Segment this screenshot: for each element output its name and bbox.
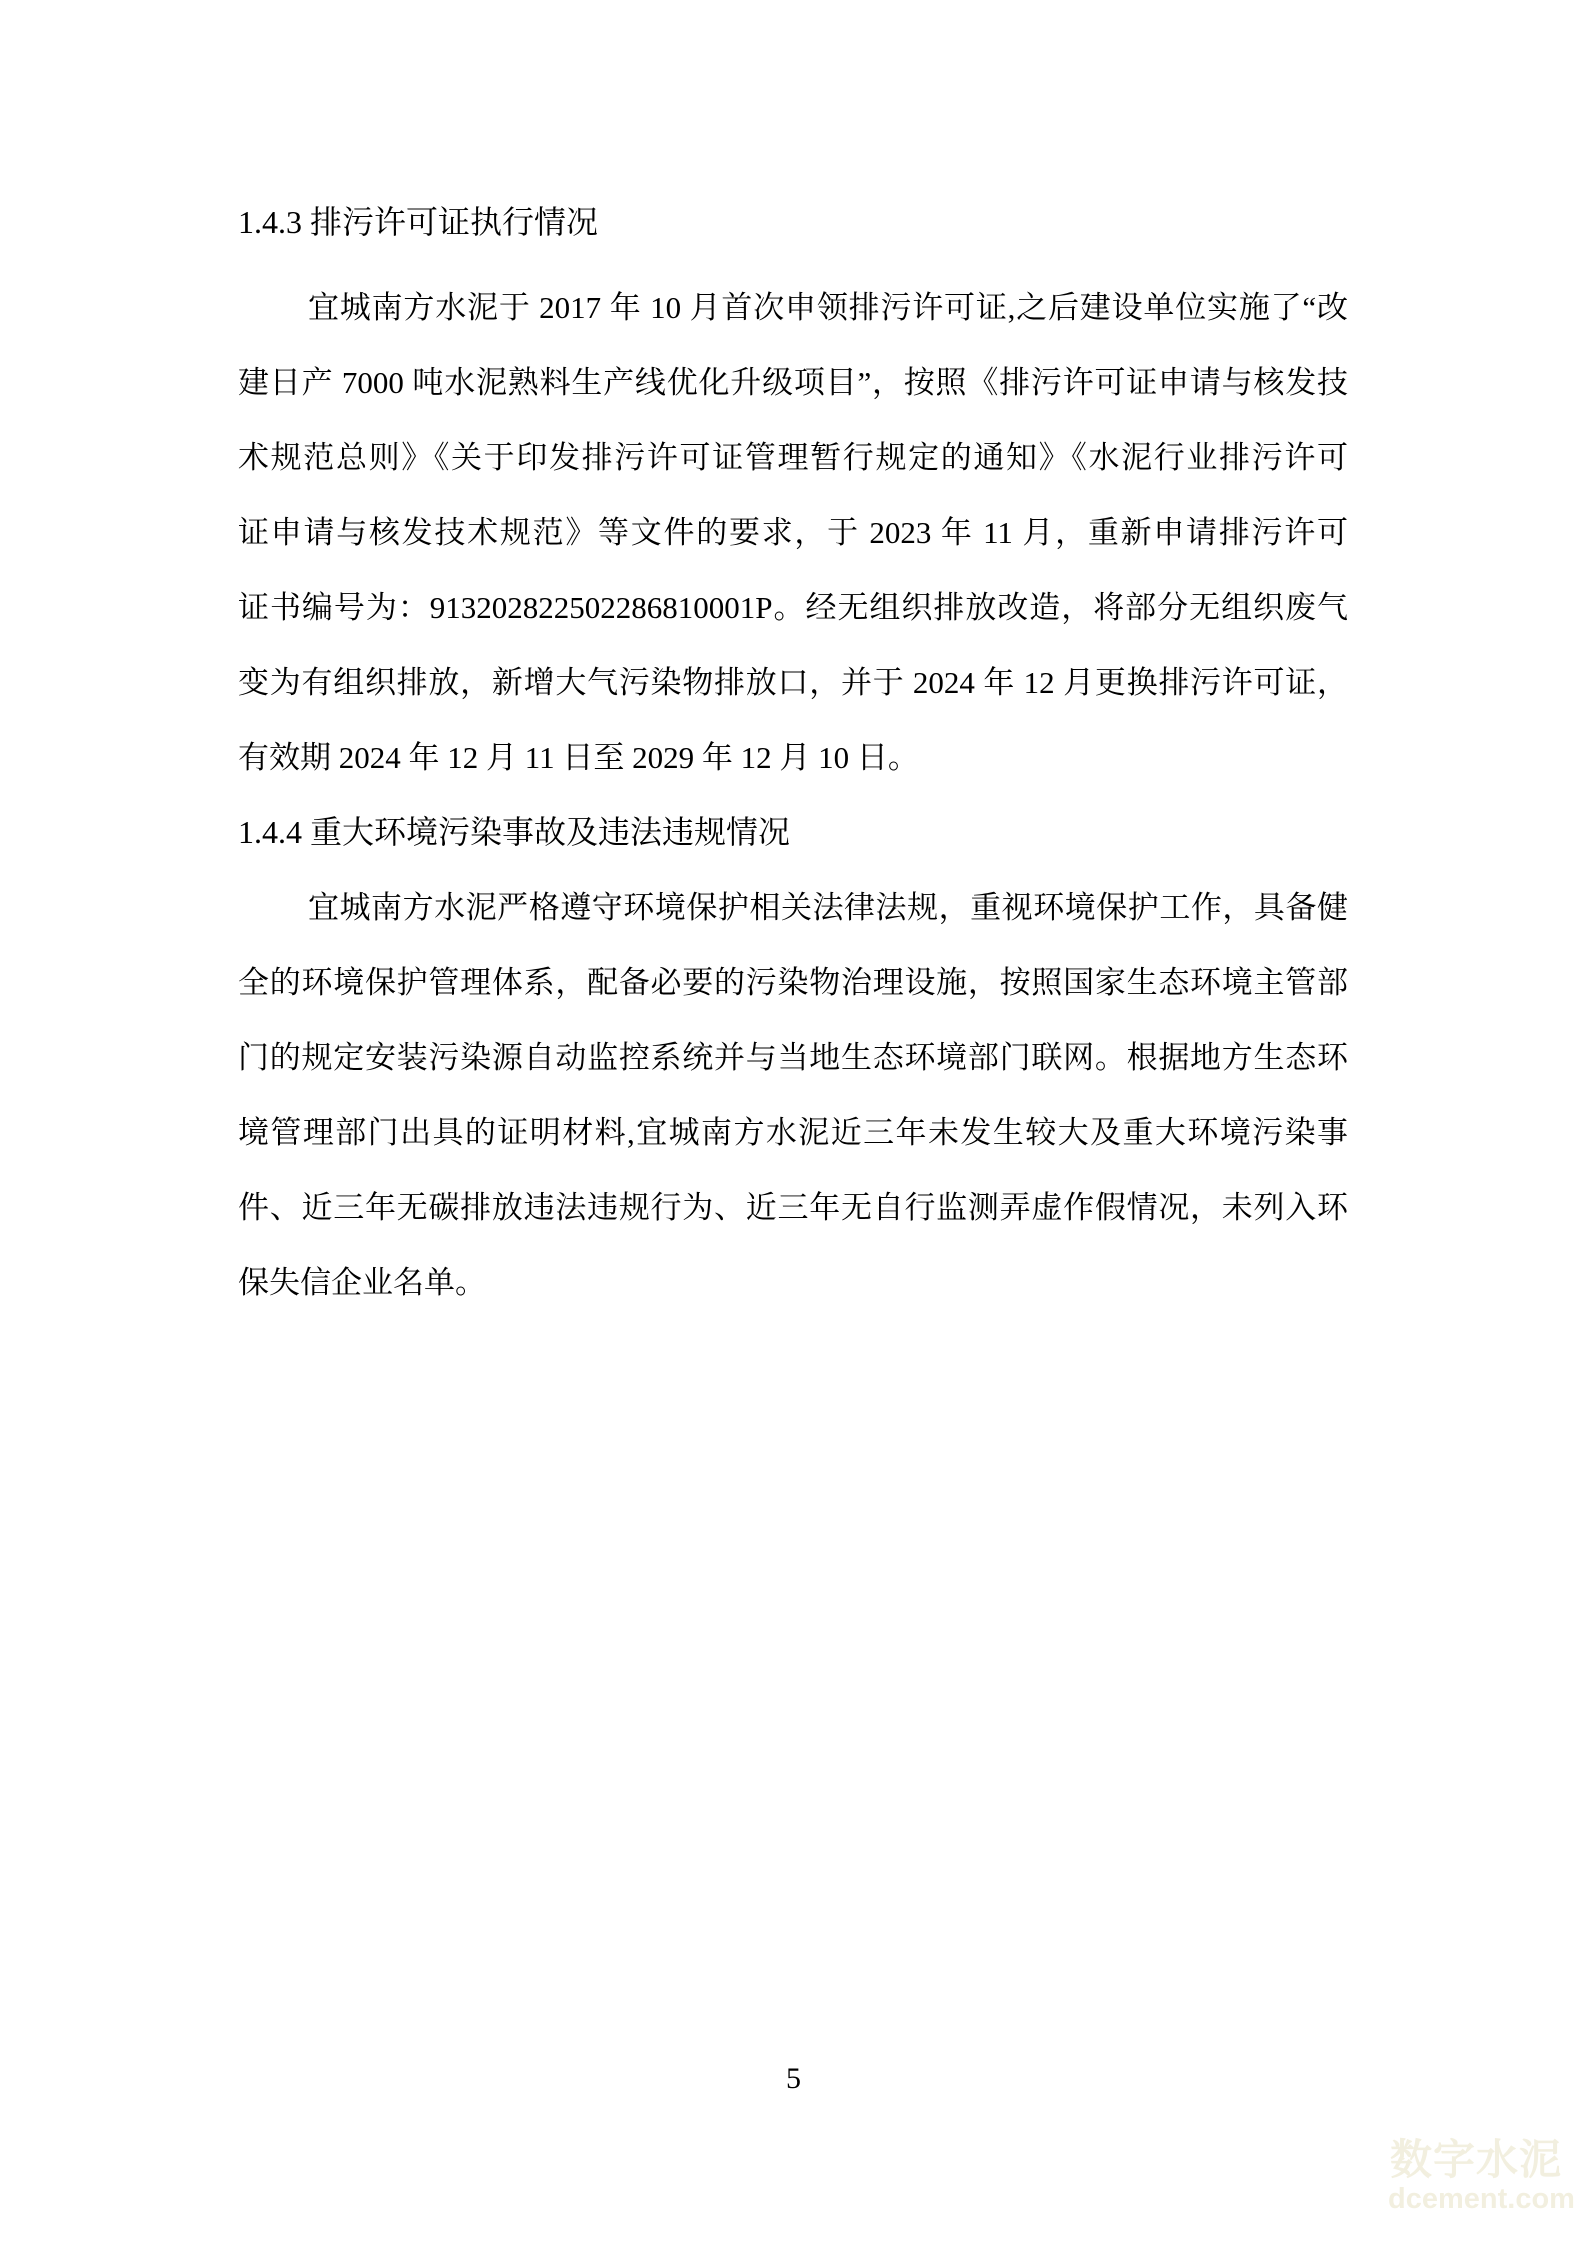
watermark-brand-text: 数字水泥 — [1388, 2138, 1564, 2182]
paragraph-line: 宜城南方水泥于 2017 年 10 月首次申领排污许可证,之后建设单位实施了“改 — [238, 270, 1348, 345]
paragraph-line: 变为有组织排放，新增大气污染物排放口，并于 2024 年 12 月更换排污许可证… — [238, 645, 1348, 720]
paragraph-line: 术规范总则》《关于印发排污许可证管理暂行规定的通知》《水泥行业排污许可 — [238, 420, 1348, 495]
paragraph-violations: 宜城南方水泥严格遵守环境保护相关法律法规，重视环境保护工作，具备健全的环境保护管… — [238, 870, 1348, 1320]
section-heading-1-4-3: 1.4.3 排污许可证执行情况 — [238, 185, 1348, 260]
paragraph-line: 件、近三年无碳排放违法违规行为、近三年无自行监测弄虚作假情况，未列入环 — [238, 1170, 1348, 1245]
paragraph-line: 门的规定安装污染源自动监控系统并与当地生态环境部门联网。根据地方生态环 — [238, 1020, 1348, 1095]
document-page: 1.4.3 排污许可证执行情况 宜城南方水泥于 2017 年 10 月首次申领排… — [0, 0, 1587, 2245]
paragraph-permit-execution: 宜城南方水泥于 2017 年 10 月首次申领排污许可证,之后建设单位实施了“改… — [238, 270, 1348, 795]
section-heading-1-4-4: 1.4.4 重大环境污染事故及违法违规情况 — [238, 795, 1348, 870]
paragraph-line: 保失信企业名单。 — [238, 1245, 1348, 1320]
watermark-domain-text: dcement.com — [1388, 2184, 1564, 2214]
text-block: 1.4.3 排污许可证执行情况 宜城南方水泥于 2017 年 10 月首次申领排… — [238, 185, 1348, 1320]
paragraph-line: 有效期 2024 年 12 月 11 日至 2029 年 12 月 10 日。 — [238, 720, 1348, 795]
paragraph-line: 证申请与核发技术规范》等文件的要求，于 2023 年 11 月，重新申请排污许可… — [238, 495, 1348, 570]
paragraph-line: 宜城南方水泥严格遵守环境保护相关法律法规，重视环境保护工作，具备健 — [238, 870, 1348, 945]
paragraph-line: 境管理部门出具的证明材料,宜城南方水泥近三年未发生较大及重大环境污染事 — [238, 1095, 1348, 1170]
paragraph-line: 建日产 7000 吨水泥熟料生产线优化升级项目”，按照《排污许可证申请与核发技 — [238, 345, 1348, 420]
paragraph-line: 证书编号为：913202822502286810001P。经无组织排放改造，将部… — [238, 570, 1348, 645]
page-number: 5 — [0, 2062, 1587, 2096]
watermark: 数字水泥 dcement.com — [1388, 2138, 1564, 2214]
paragraph-line: 全的环境保护管理体系，配备必要的污染物治理设施，按照国家生态环境主管部 — [238, 945, 1348, 1020]
